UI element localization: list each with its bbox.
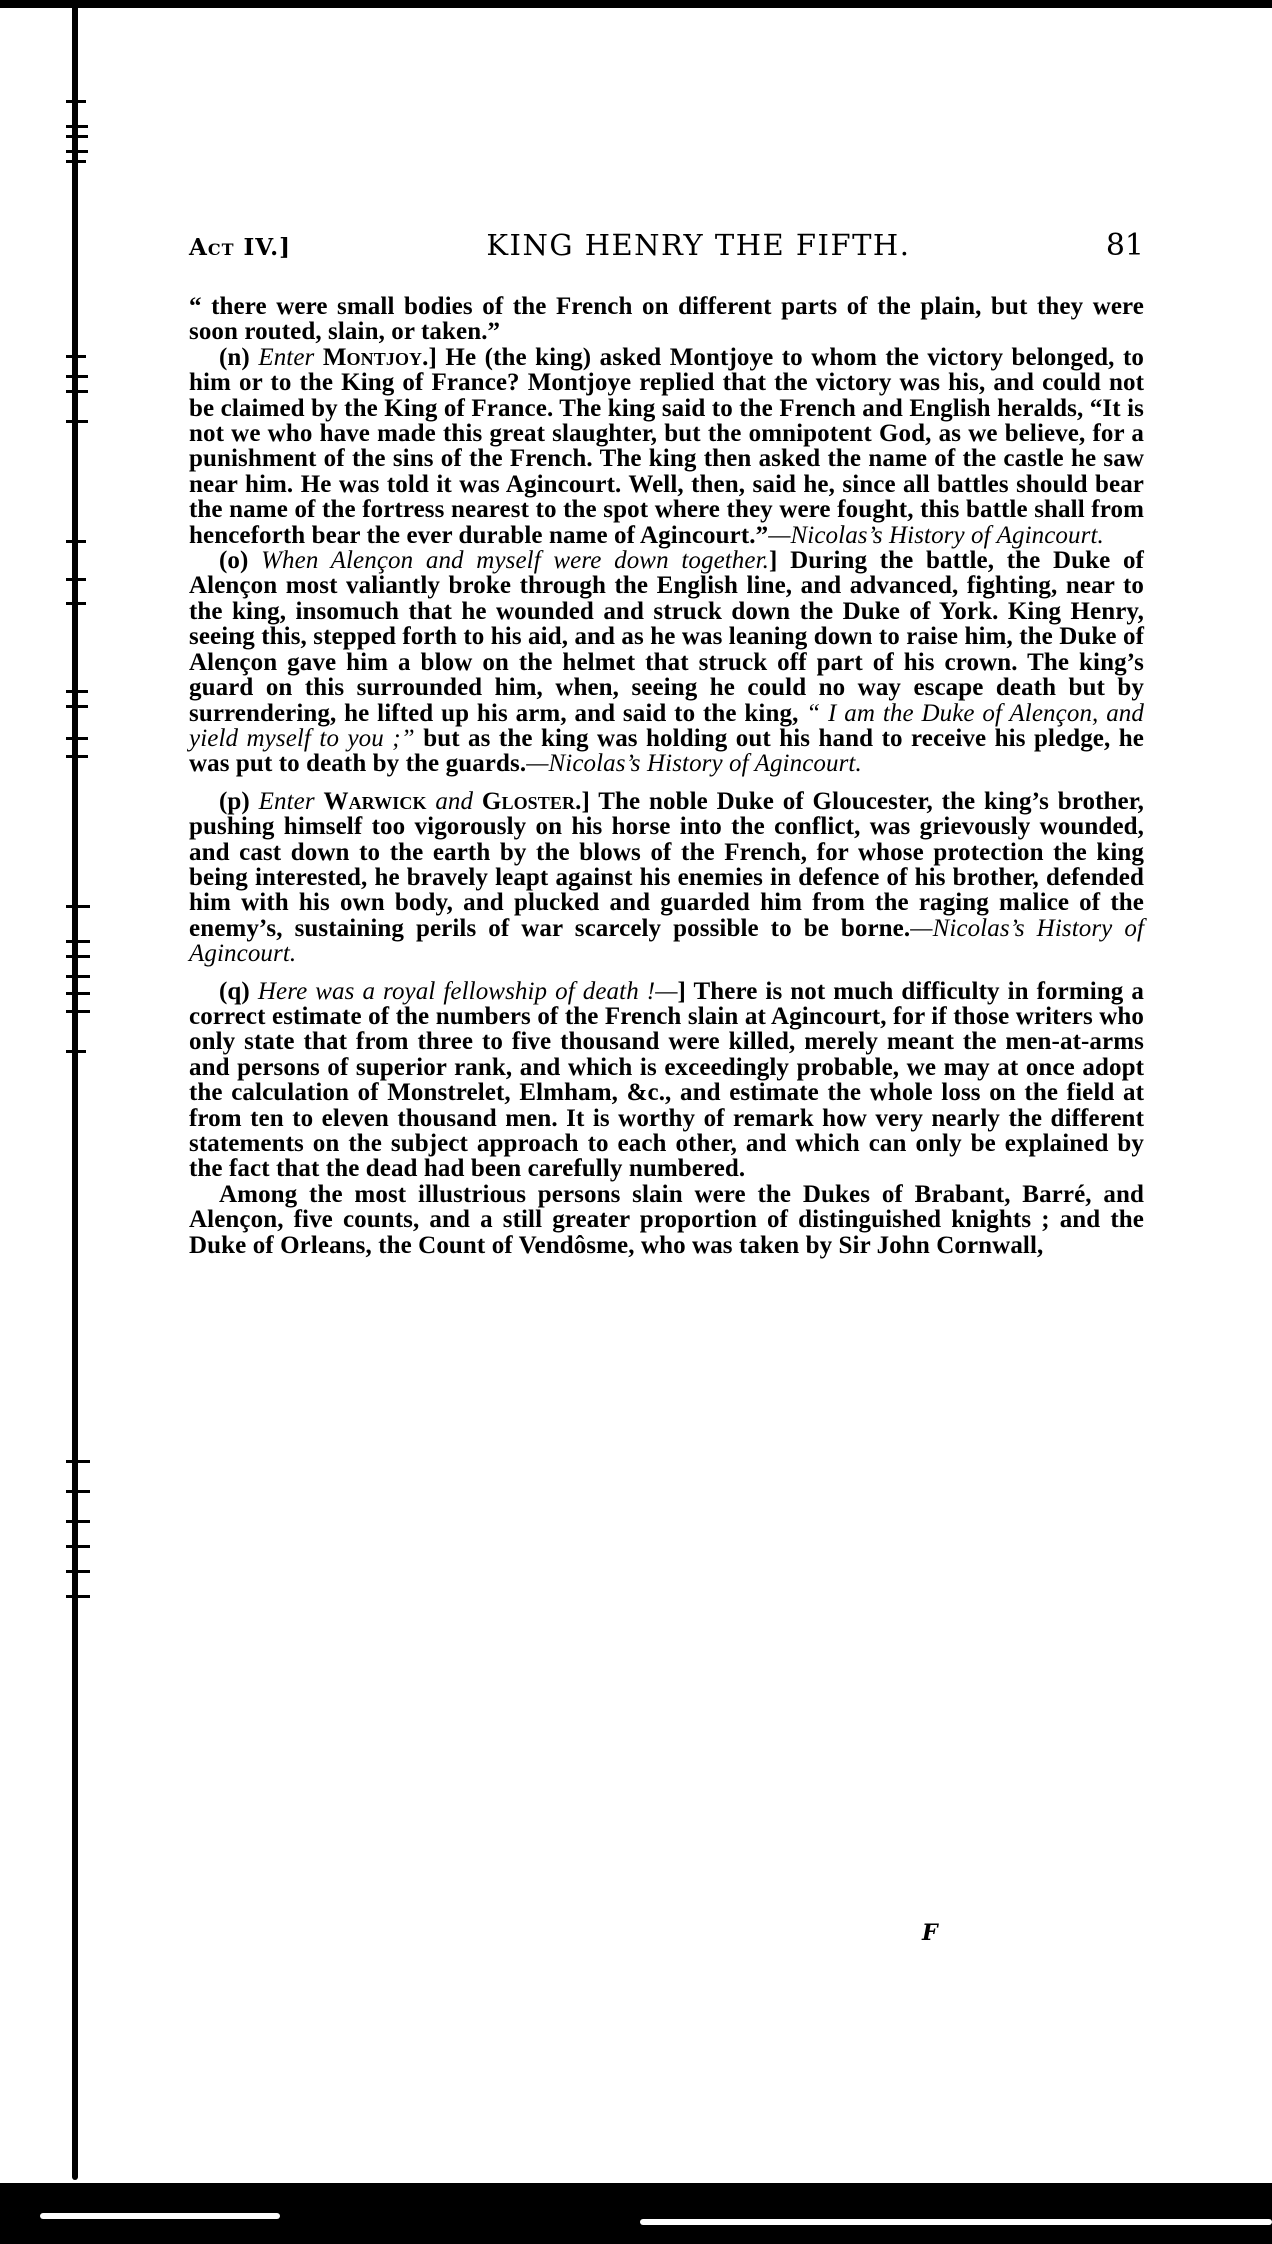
binding-tick [66,1570,90,1573]
binding-tick [66,955,90,958]
note-label: (o) [219,547,248,574]
stage-cue-italic: Enter [259,788,315,815]
binding-tick [66,160,86,163]
running-head: Act IV.] KING HENRY THE FIFTH. 81 [189,228,1144,268]
binding-tick [66,578,86,581]
binding-tick [66,390,88,393]
note-label: (n) [219,344,250,371]
binding-tick [66,540,86,543]
note-o: (o) When Alençon and myself were down to… [189,548,1144,777]
note-label: (q) [219,978,250,1005]
stage-cue-italic: Enter [258,344,314,371]
note-body: There is not much difficulty in forming … [189,978,1144,1183]
binding-tick [66,375,88,378]
stage-cue-name: Gloster. [482,788,582,815]
binding-tick [66,100,86,103]
binding-tick [66,975,90,978]
stage-cue-italic: Here was a royal fellowship of death !— [258,978,678,1005]
binding-tick [66,150,88,153]
signature-mark: F [922,1920,938,1946]
cue-close: ] [581,788,589,815]
note-body: He (the king) asked Montjoye to whom the… [189,344,1144,549]
cue-close: ] [429,344,437,371]
binding-tick [66,905,90,908]
page-title: KING HENRY THE FIFTH. [486,228,910,262]
stage-cue-italic: When Alençon and myself were down togeth… [261,547,769,574]
binding-tick [66,737,88,740]
scan-top-edge [0,0,1272,8]
paragraph-continuation: “ there were small bodies of the French … [189,294,1144,345]
note-q: (q) Here was a royal fellowship of death… [189,979,1144,1182]
citation: —Nicolas’s History of Agincourt. [526,750,862,777]
stage-cue-and: and [435,788,473,815]
binding-spine [72,0,78,2180]
scan-streak [640,2219,1272,2225]
note-n: (n) Enter Montjoy.] He (the king) asked … [189,345,1144,548]
book-binding-edge [60,0,90,2180]
binding-tick [66,690,88,693]
scan-bottom-edge [0,2183,1272,2244]
binding-tick [66,602,86,605]
binding-tick [66,705,88,708]
binding-tick [66,135,88,138]
binding-tick [66,355,86,358]
note-p: (p) Enter Warwick and Gloster.] The nobl… [189,789,1144,967]
binding-tick [66,1520,90,1523]
binding-tick [66,1545,90,1548]
cue-close: ] [769,547,777,574]
binding-tick [66,1490,90,1493]
paragraph-text: “ there were small bodies of the French … [189,293,1144,345]
binding-tick [66,755,88,758]
binding-tick [66,420,88,423]
note-label: (p) [219,788,250,815]
binding-tick [66,1595,90,1598]
stage-cue-name: Warwick [323,788,426,815]
note-body: Among the most illustrious persons slain… [189,1181,1144,1259]
binding-tick [66,992,90,995]
binding-tick [66,940,90,943]
stage-cue-name: Montjoy. [323,344,429,371]
binding-tick [66,1460,90,1463]
cue-close: ] [678,978,686,1005]
binding-tick [66,125,88,128]
page-number: 81 [1106,228,1144,263]
binding-tick [66,1010,90,1013]
act-label: Act IV.] [189,234,291,261]
book-page: Act IV.] KING HENRY THE FIFTH. 81 “ ther… [189,228,1144,1258]
scan-streak [40,2213,280,2219]
note-q-continued: Among the most illustrious persons slain… [189,1182,1144,1258]
citation: —Nicolas’s History of Agincourt. [768,522,1104,549]
binding-tick [66,1050,86,1053]
